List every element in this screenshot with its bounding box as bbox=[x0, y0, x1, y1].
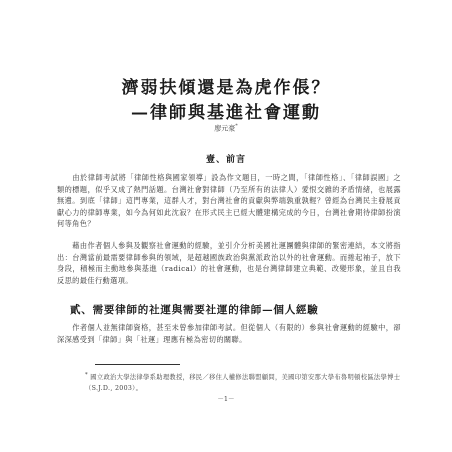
footnote-mark: * bbox=[85, 372, 88, 378]
section1-paragraph-2: 藉由作者個人參與及觀察社會運動的經驗，並引介分析美國社運團體與律師的緊密連結，本… bbox=[57, 240, 401, 286]
document-subtitle: —律師與基進社會運動 bbox=[0, 98, 452, 123]
page-number: －1－ bbox=[0, 394, 452, 403]
section2-paragraph-1: 作者個人並無律師資格，甚至未曾參加律師考試。但從個人（有限的）參與社會運動的經驗… bbox=[57, 322, 401, 345]
section1-heading: 壹、前言 bbox=[0, 152, 452, 165]
author-footnote-mark: * bbox=[235, 123, 238, 129]
footnote-text: 國立政治大學法律學系助理教授，移民／移住人權修法聯盟顧問，美國印第安那大學布魯明… bbox=[85, 374, 400, 392]
paragraph-text: 由於律師考試將「律師性格與國家領導」設為作文題目，一時之間，「律師性格」、「律師… bbox=[57, 173, 401, 228]
paragraph-text: 藉由作者個人參與及觀察社會運動的經驗，並引介分析美國社運團體與律師的緊密連結，本… bbox=[57, 241, 401, 285]
document-title: 濟弱扶傾還是為虎作倀？ bbox=[0, 73, 452, 98]
footnote-divider bbox=[95, 364, 180, 365]
paragraph-text: 作者個人並無律師資格，甚至未曾參加律師考試。但從個人（有限的）參與社會運動的經驗… bbox=[57, 323, 401, 344]
author-name: 廖元豪 bbox=[214, 124, 235, 132]
author-line: 廖元豪* bbox=[0, 123, 452, 133]
footnote: * 國立政治大學法律學系助理教授，移民／移住人權修法聯盟顧問，美國印第安那大學布… bbox=[85, 370, 405, 394]
section2-heading: 貳、需要律師的社運與需要社運的律師—個人經驗 bbox=[70, 302, 319, 317]
section1-paragraph-1: 由於律師考試將「律師性格與國家領導」設為作文題目，一時之間，「律師性格」、「律師… bbox=[57, 172, 401, 230]
